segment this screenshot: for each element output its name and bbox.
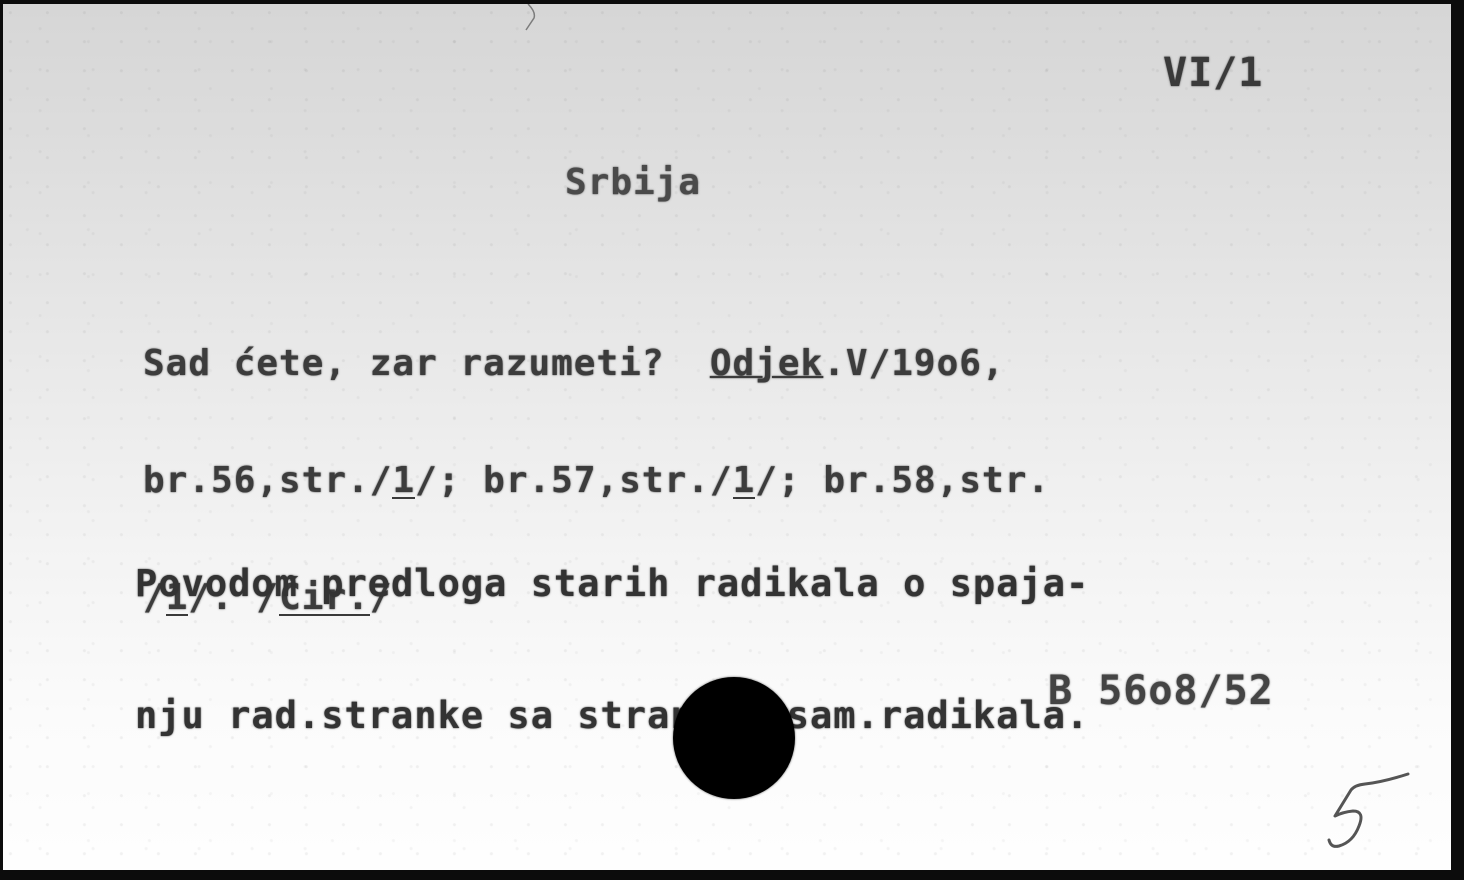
annotation-line-1: Povodom predloga starih radikala o spaja… xyxy=(135,562,1089,606)
citation-line-1: Sad ćete, zar razumeti? Odjek.V/19o6, xyxy=(143,344,1050,383)
handwritten-number: 5 xyxy=(1303,764,1433,864)
subject-heading: Srbija xyxy=(565,162,701,203)
catalog-card: VI/1 Srbija Sad ćete, zar razumeti? Odje… xyxy=(3,4,1451,870)
source-title: Odjek xyxy=(710,343,823,384)
annotation: Povodom predloga starih radikala o spaja… xyxy=(135,474,1089,826)
annotation-line-2: nju rad.stranke sa strankom sam.radikala… xyxy=(135,694,1089,738)
punch-hole xyxy=(673,677,795,799)
article-title: Sad ćete, zar razumeti? xyxy=(143,343,665,384)
volume-year: .V/19o6, xyxy=(823,343,1004,384)
call-number: B 56o8/52 xyxy=(1048,668,1274,714)
shelfmark: VI/1 xyxy=(1163,50,1263,96)
card-edge-crease xyxy=(508,4,548,44)
